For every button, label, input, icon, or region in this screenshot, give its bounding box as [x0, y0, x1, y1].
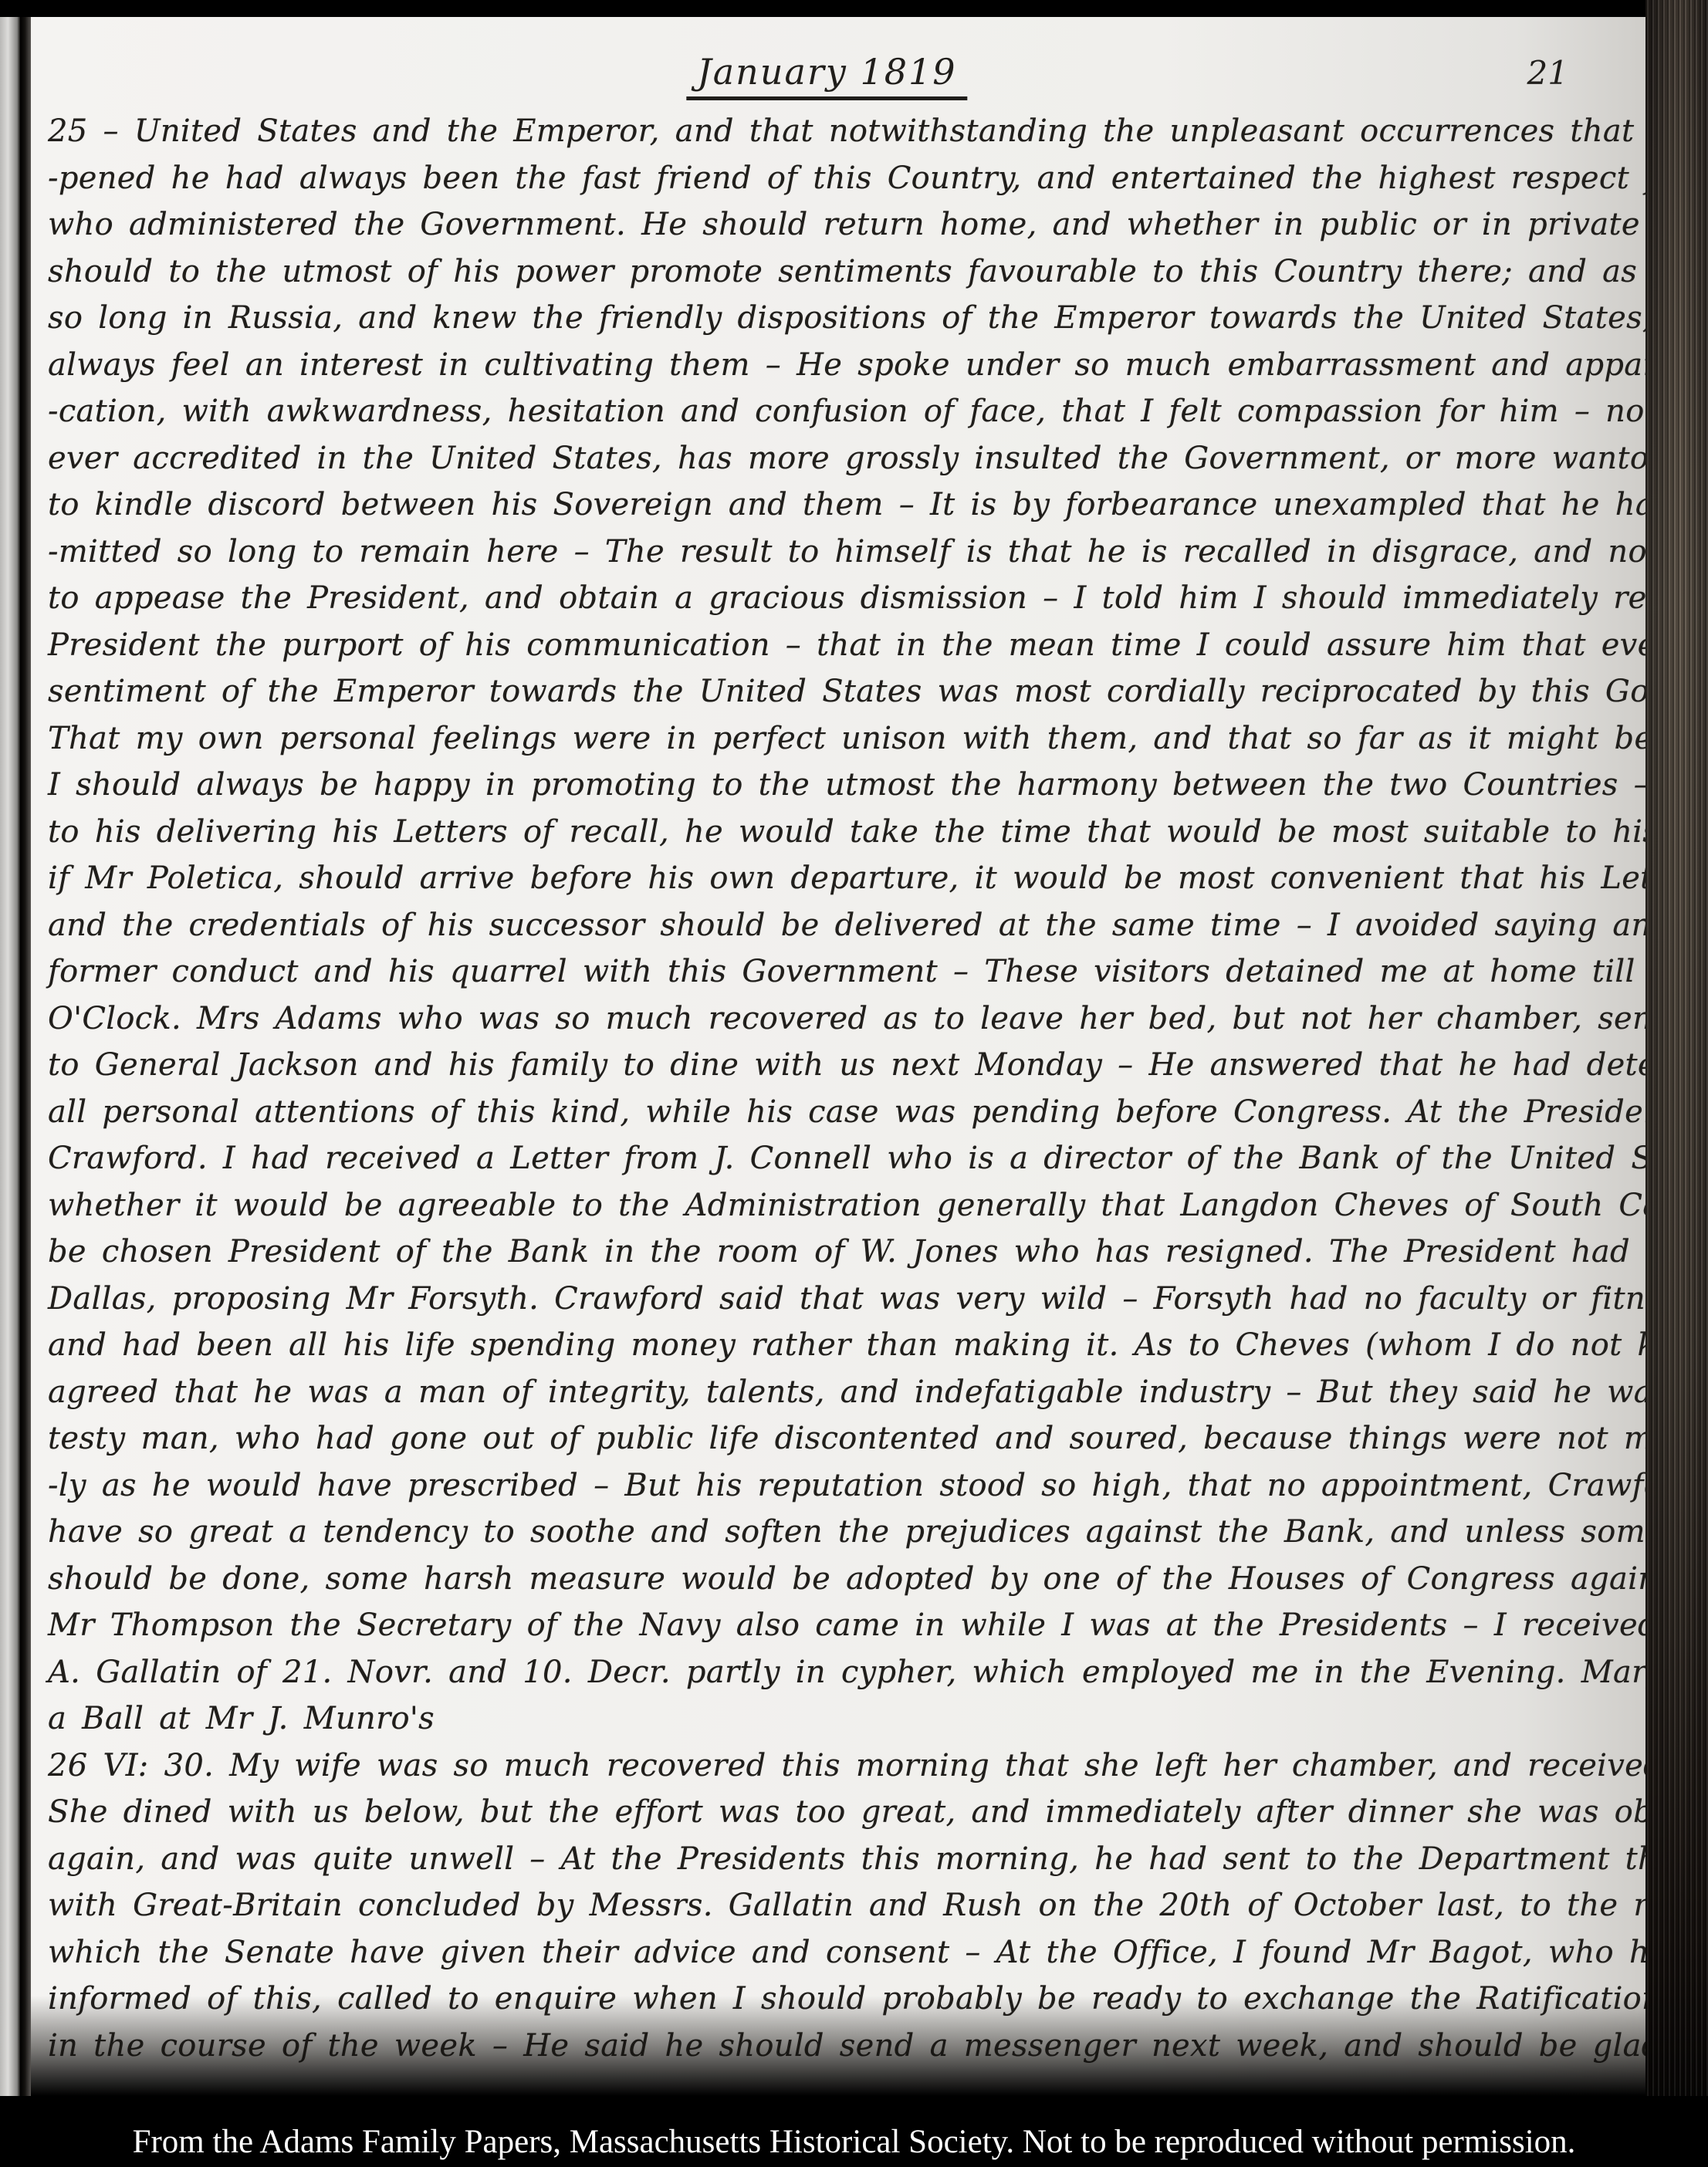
manuscript-line: ever accredited in the United States, ha… — [48, 435, 1635, 482]
manuscript-line: to General Jackson and his family to din… — [48, 1042, 1635, 1089]
manuscript-scan: January 1819 21 25 – United States and t… — [0, 0, 1708, 2167]
manuscript-line: a Ball at Mr J. Munro's — [48, 1695, 1635, 1743]
manuscript-line: former conduct and his quarrel with this… — [48, 948, 1635, 996]
manuscript-line: so long in Russia, and knew the friendly… — [48, 295, 1635, 342]
page-gutter-shadow — [20, 17, 31, 2096]
manuscript-line: if Mr Poletica, should arrive before his… — [48, 855, 1635, 902]
page-left-edge — [0, 17, 20, 2096]
manuscript-line: again, and was quite unwell – At the Pre… — [48, 1836, 1635, 1883]
manuscript-line: all personal attentions of this kind, wh… — [48, 1089, 1635, 1136]
manuscript-line: -pened he had always been the fast frien… — [48, 155, 1635, 202]
manuscript-line: to appease the President, and obtain a g… — [48, 575, 1635, 622]
manuscript-text-block: 25 – United States and the Emperor, and … — [48, 108, 1635, 2069]
manuscript-line: 25 – United States and the Emperor, and … — [48, 108, 1635, 155]
archive-caption-band: From the Adams Family Papers, Massachuse… — [0, 2096, 1708, 2167]
manuscript-line: That my own personal feelings were in pe… — [48, 715, 1635, 762]
manuscript-line: informed of this, called to enquire when… — [48, 1976, 1635, 2023]
manuscript-line: whether it would be agreeable to the Adm… — [48, 1182, 1635, 1229]
manuscript-line: Crawford. I had received a Letter from J… — [48, 1135, 1635, 1182]
manuscript-line: sentiment of the Emperor towards the Uni… — [48, 668, 1635, 715]
manuscript-line: to his delivering his Letters of recall,… — [48, 809, 1635, 856]
manuscript-line: have so great a tendency to soothe and s… — [48, 1509, 1635, 1556]
archive-caption: From the Adams Family Papers, Massachuse… — [133, 2123, 1576, 2167]
manuscript-line: O'Clock. Mrs Adams who was so much recov… — [48, 996, 1635, 1043]
manuscript-line: to kindle discord between his Sovereign … — [48, 482, 1635, 529]
manuscript-line: and had been all his life spending money… — [48, 1322, 1635, 1369]
manuscript-line: President the purport of his communicati… — [48, 622, 1635, 669]
page-header-date: January 1819 — [686, 51, 967, 100]
manuscript-line: agreed that he was a man of integrity, t… — [48, 1369, 1635, 1416]
manuscript-line: She dined with us below, but the effort … — [48, 1789, 1635, 1836]
manuscript-line: should be done, some harsh measure would… — [48, 1556, 1635, 1603]
manuscript-page: January 1819 21 25 – United States and t… — [31, 17, 1645, 2096]
manuscript-line: -mitted so long to remain here – The res… — [48, 529, 1635, 576]
page-number: 21 — [1527, 57, 1568, 90]
manuscript-line: A. Gallatin of 21. Novr. and 10. Decr. p… — [48, 1649, 1635, 1696]
manuscript-line: I should always be happy in promoting to… — [48, 762, 1635, 809]
manuscript-line: Mr Thompson the Secretary of the Navy al… — [48, 1602, 1635, 1649]
manuscript-line: testy man, who had gone out of public li… — [48, 1415, 1635, 1462]
manuscript-line: be chosen President of the Bank in the r… — [48, 1229, 1635, 1276]
manuscript-line: who administered the Government. He shou… — [48, 201, 1635, 248]
manuscript-line: which the Senate have given their advice… — [48, 1929, 1635, 1976]
manuscript-line: -cation, with awkwardness, hesitation an… — [48, 388, 1635, 435]
manuscript-line: 26 VI: 30. My wife was so much recovered… — [48, 1743, 1635, 1790]
manuscript-line: Dallas, proposing Mr Forsyth. Crawford s… — [48, 1276, 1635, 1323]
manuscript-line: and the credentials of his successor sho… — [48, 902, 1635, 949]
manuscript-line: should to the utmost of his power promot… — [48, 248, 1635, 296]
manuscript-line: in the course of the week – He said he s… — [48, 2023, 1635, 2070]
manuscript-line: -ly as he would have prescribed – But hi… — [48, 1462, 1635, 1509]
scan-top-border — [0, 0, 1708, 17]
manuscript-line: always feel an interest in cultivating t… — [48, 342, 1635, 389]
manuscript-line: with Great-Britain concluded by Messrs. … — [48, 1882, 1635, 1929]
book-fore-edge — [1645, 0, 1708, 2167]
